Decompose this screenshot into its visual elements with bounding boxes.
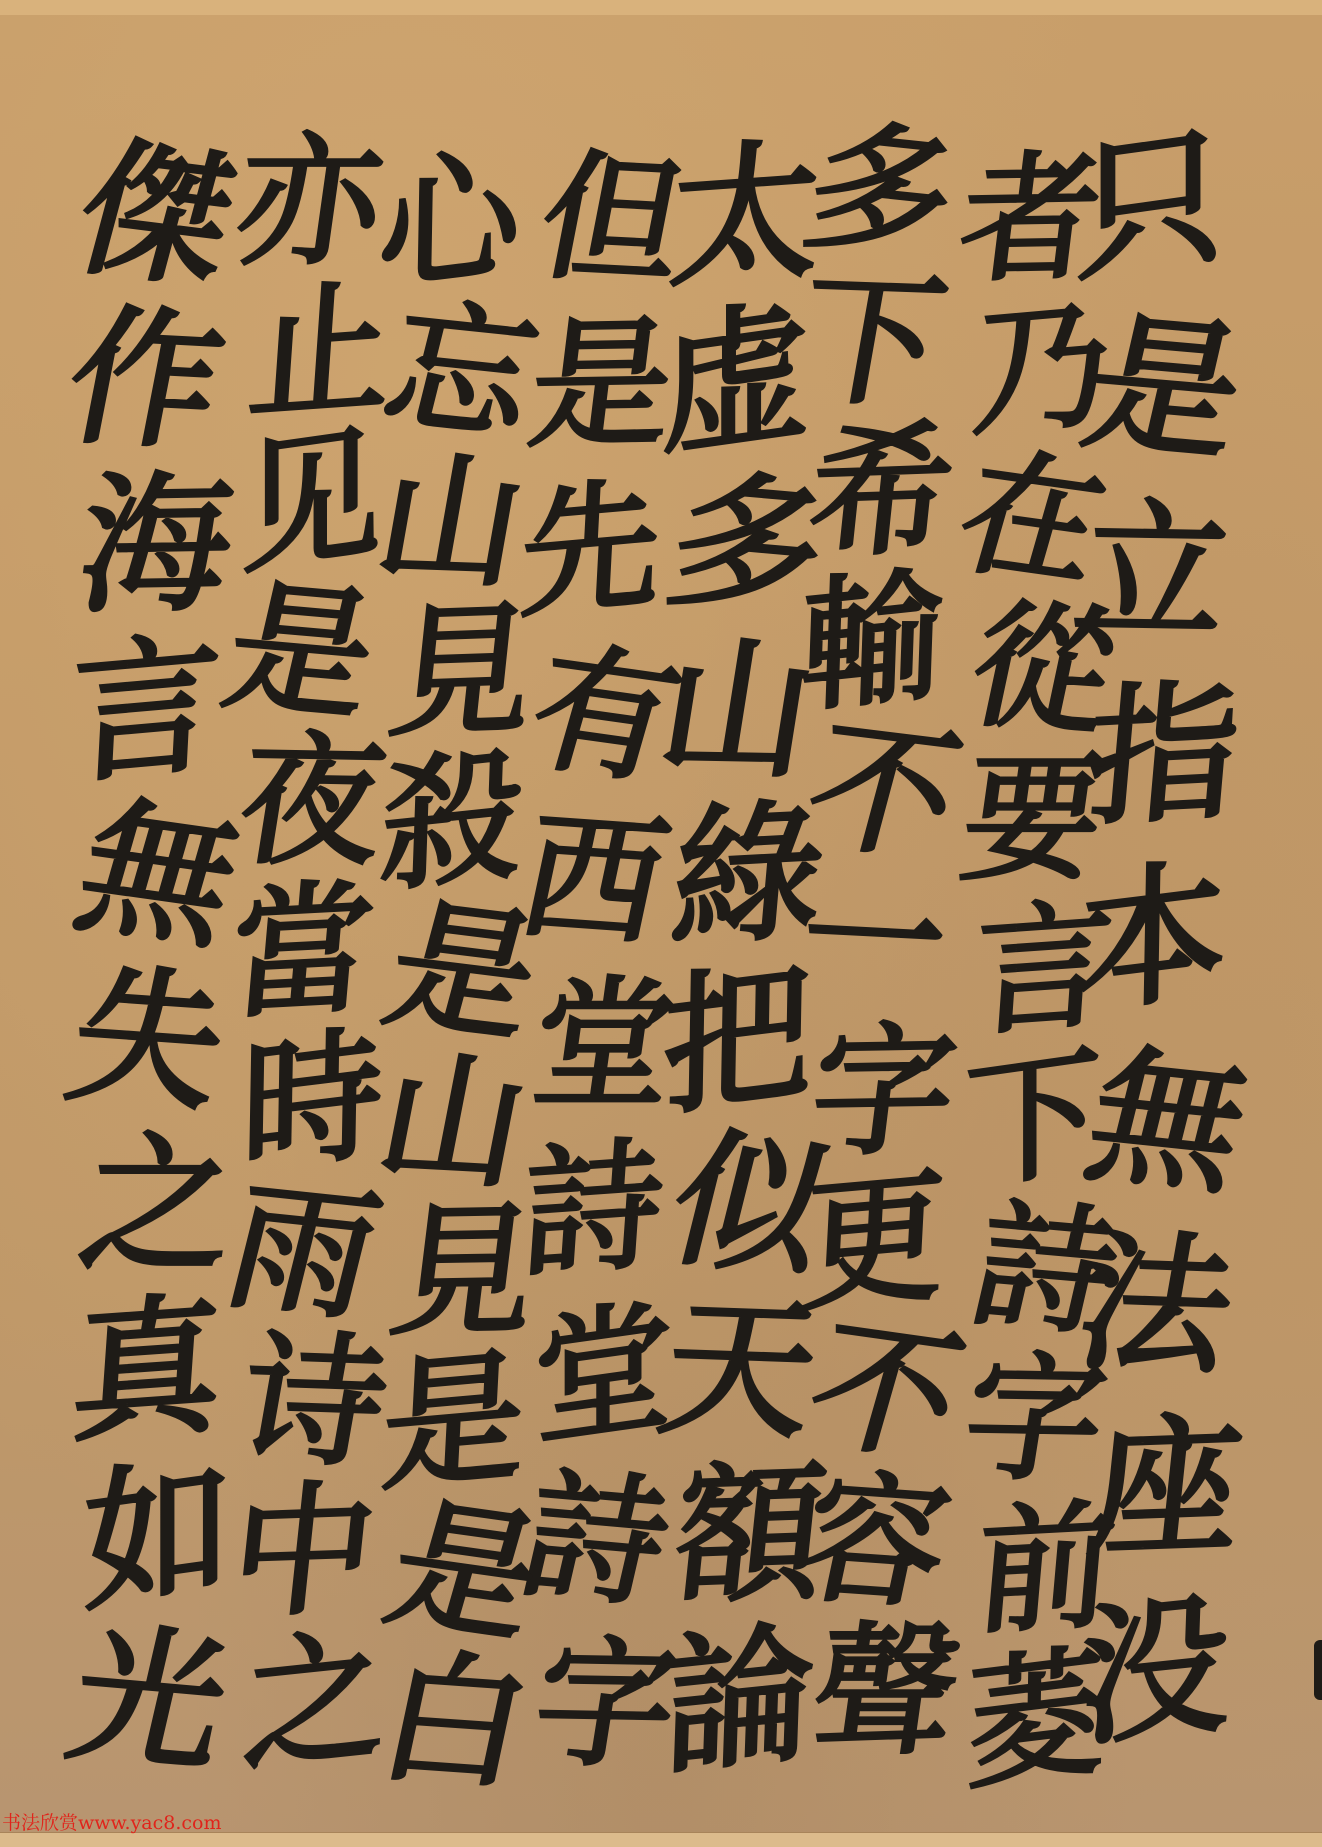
calligraphy-column: 亦止见是夜當時雨诗中之: [235, 130, 385, 1780]
calligraphy-character: 白: [367, 1646, 541, 1804]
calligraphy-character: 先: [516, 473, 664, 652]
calligraphy-character: 之: [240, 1622, 387, 1788]
calligraphy-character: 亦: [227, 130, 391, 280]
calligraphy-character: 心: [377, 141, 521, 310]
calligraphy-character: 是: [378, 1343, 528, 1507]
calligraphy-character: 堂: [534, 1294, 673, 1480]
calligraphy-character: 見: [383, 1199, 544, 1352]
calligraphy-character: 之: [70, 1130, 243, 1295]
calligraphy-character: 似: [653, 1124, 843, 1301]
calligraphy-character: 聲: [803, 1620, 967, 1770]
site-watermark: 书法欣赏www.yac8.com: [2, 1808, 222, 1835]
calligraphy-character: 诗: [229, 1328, 398, 1482]
calligraphy-character: 多: [653, 465, 840, 640]
calligraphy-column: 但是先有西堂詩堂詩字: [525, 150, 675, 1800]
calligraphy-character: 從: [957, 596, 1126, 754]
calligraphy-column: 太虚多山綠把似天額論: [665, 140, 815, 1790]
calligraphy-character: 天: [649, 1293, 828, 1462]
calligraphy-character: 言: [66, 628, 224, 807]
calligraphy-column: 者乃在從要言下詩字前菱: [960, 150, 1110, 1800]
calligraphy-character: 中: [224, 1477, 382, 1633]
calligraphy-character: 堂: [520, 975, 683, 1140]
calligraphy-character: 把: [661, 955, 813, 1140]
calligraphy-character: 虚: [661, 294, 810, 481]
calligraphy-character: 山: [366, 448, 535, 602]
calligraphy-column: 心忘山見殺是山見是是白: [380, 150, 530, 1800]
calligraphy-character: 是: [373, 1492, 556, 1657]
calligraphy-character: 作: [53, 302, 235, 473]
calligraphy-character: 是: [212, 575, 388, 735]
calligraphy-character: 詩: [958, 1195, 1130, 1355]
calligraphy-character: 是: [372, 893, 553, 1057]
calligraphy-character: 雨: [213, 1174, 391, 1336]
calligraphy-character: 在: [942, 443, 1120, 608]
calligraphy-character: 海: [70, 469, 240, 637]
calligraphy-character: 菱: [965, 1641, 1105, 1809]
calligraphy-character: 失: [54, 961, 238, 1134]
calligraphy-column: 傑作海言無失之真如光: [75, 140, 225, 1790]
calligraphy-character: 殺: [377, 742, 524, 908]
calligraphy-character: 傑: [58, 133, 250, 312]
calligraphy-character: 額: [665, 1457, 832, 1628]
calligraphy-character: 忘: [371, 294, 549, 456]
mount-top-border: [0, 0, 1322, 16]
edge-ink-stroke: [1314, 1640, 1322, 1700]
calligraphy-character: 字: [521, 1634, 687, 1801]
calligraphy-character: 光: [55, 1620, 242, 1795]
calligraphy-character: 是: [520, 314, 680, 482]
calligraphy-character: 無: [59, 792, 253, 973]
calligraphy-column: 多下希輸不一字更不容聲: [805, 120, 955, 1770]
calligraphy-character: 要: [952, 750, 1111, 900]
calligraphy-character: 但: [524, 147, 696, 318]
calligraphy-paper: 只是立指本無法座没者乃在從要言下詩字前菱多下希輸不一字更不容聲太虚多山綠把似天額…: [0, 15, 1322, 1832]
calligraphy-character: 有: [509, 638, 694, 818]
calligraphy-character: 者: [952, 149, 1108, 302]
calligraphy-character: 字: [953, 1349, 1115, 1501]
